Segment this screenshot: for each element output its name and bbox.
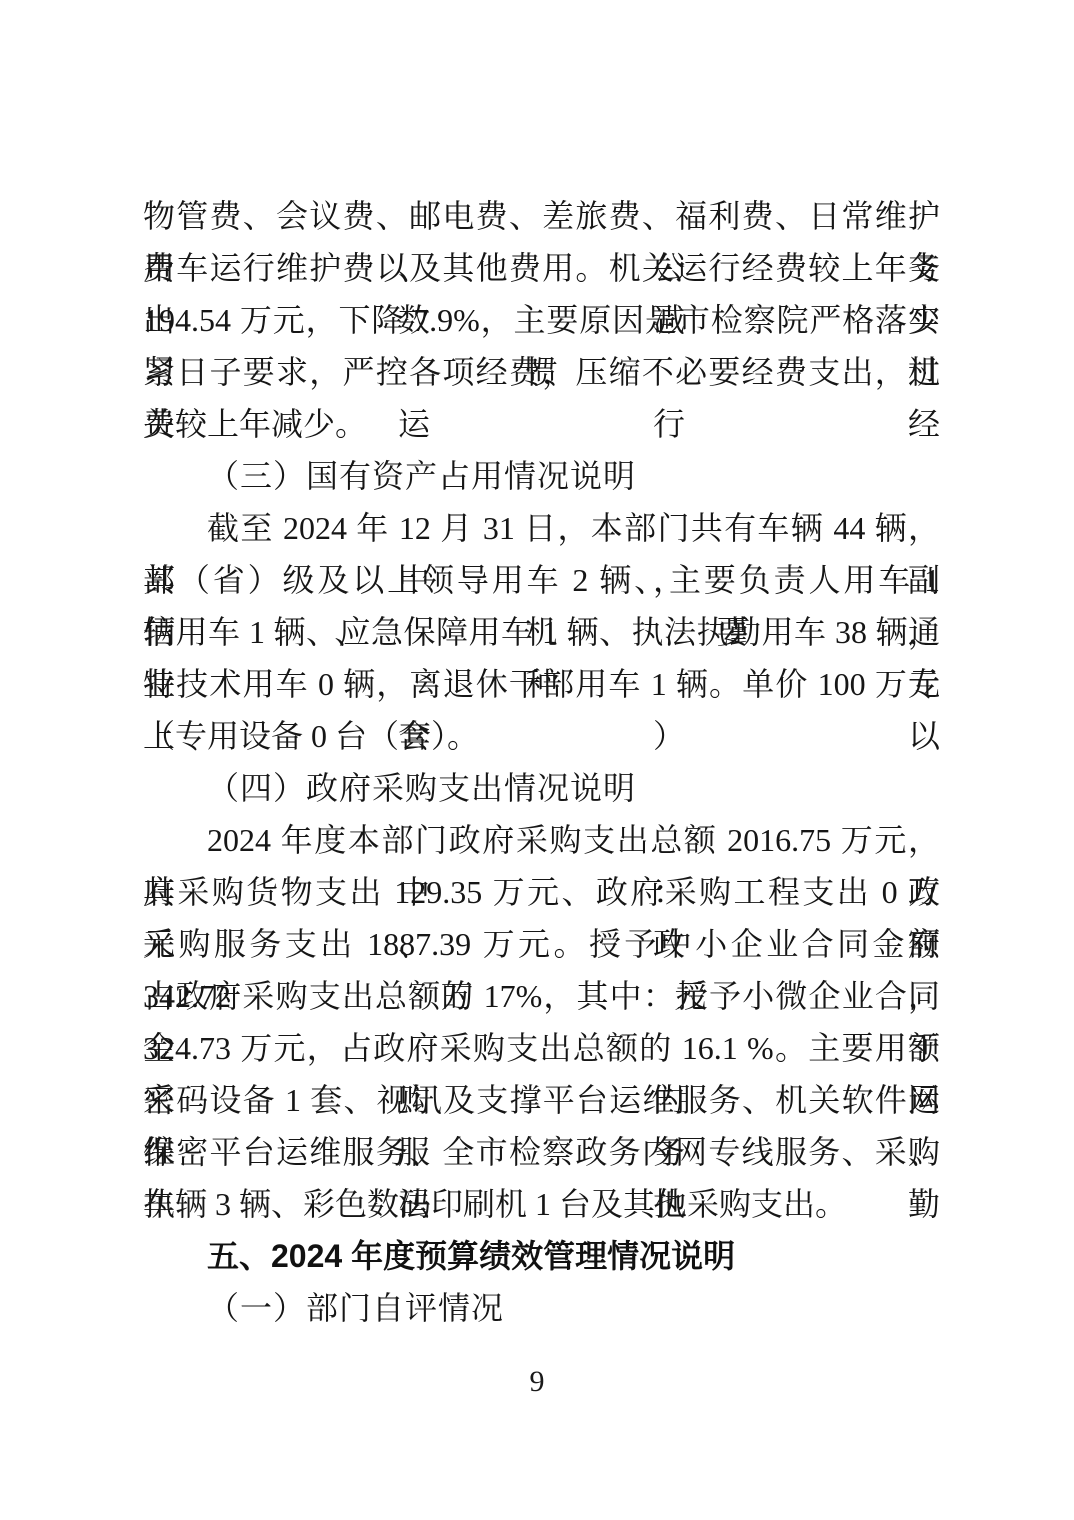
heading-gov-procurement: （四）政府采购支出情况说明 [143,762,940,814]
paragraph-gov-procurement-line: 车辆 3 辆、彩色数码印刷机 1 台及其他采购支出。 [143,1178,940,1230]
paragraph-operating-expenses: 物管费、会议费、邮电费、差旅费、福利费、日常维护费、公务用车运行维护费以及其他费… [143,190,940,450]
paragraph-gov-procurement-line: 324.73 万元，占政府采购支出总额的 16.1 %。主要用于采购内网 [143,1022,940,1074]
paragraph-gov-procurement-line: 占政府采购支出总额的 17%，其中：授予小微企业合同金额 [143,970,940,1022]
heading-state-assets-line: （三）国有资产占用情况说明 [143,450,940,502]
heading-department-self-evaluation: （一）部门自评情况 [143,1282,940,1334]
heading-gov-procurement-line: （四）政府采购支出情况说明 [143,762,940,814]
paragraph-state-assets-line: 信用车 1 辆、应急保障用车 1 辆、执法执勤用车 38 辆，特种专 [143,606,940,658]
paragraph-gov-procurement-line: 2024 年度本部门政府采购支出总额 2016.75 万元，其中：政 [143,814,940,866]
paragraph-operating-expenses-line: 物管费、会议费、邮电费、差旅费、福利费、日常维护费、公务 [143,190,940,242]
paragraph-state-assets-line: 业技术用车 0 辆，离退休干部用车 1 辆。单价 100 万元（含）以 [143,658,940,710]
paragraph-operating-expenses-line: 194.54 万元，下降 7.9%，主要原因是市检察院严格落实习惯过 [143,294,940,346]
paragraph-gov-procurement-line: 府采购货物支出 129.35 万元、政府采购工程支出 0 万元、政府 [143,866,940,918]
paragraph-gov-procurement-line: 密码设备 1 套、视讯及支撑平台运维服务、机关软件运维服务、 [143,1074,940,1126]
paragraph-operating-expenses-line: 紧日子要求，严控各项经费，压缩不必要经费支出，机关运行经 [143,346,940,398]
paragraph-gov-procurement-line: 采购服务支出 1887.39 万元。授予中小企业合同金额 342.72 万元， [143,918,940,970]
document-body: 物管费、会议费、邮电费、差旅费、福利费、日常维护费、公务用车运行维护费以及其他费… [143,190,940,1334]
paragraph-state-assets: 截至 2024 年 12 月 31 日，本部门共有车辆 44 辆，其中，副部（省… [143,502,940,762]
page-number: 9 [0,1362,1074,1402]
paragraph-gov-procurement: 2024 年度本部门政府采购支出总额 2016.75 万元，其中：政府采购货物支… [143,814,940,1230]
heading-department-self-evaluation-line: （一）部门自评情况 [143,1282,940,1334]
document-page: 物管费、会议费、邮电费、差旅费、福利费、日常维护费、公务用车运行维护费以及其他费… [0,0,1074,1520]
heading-performance-management-line: 五、2024 年度预算绩效管理情况说明 [143,1230,940,1282]
paragraph-state-assets-line: 部（省）级及以上领导用车 2 辆、主要负责人用车 1 辆、机要通 [143,554,940,606]
paragraph-state-assets-line: 截至 2024 年 12 月 31 日，本部门共有车辆 44 辆，其中，副 [143,502,940,554]
paragraph-gov-procurement-line: 保密平台运维服务、全市检察政务内网专线服务、采购执法执勤 [143,1126,940,1178]
heading-state-assets: （三）国有资产占用情况说明 [143,450,940,502]
heading-performance-management: 五、2024 年度预算绩效管理情况说明 [143,1230,940,1282]
paragraph-operating-expenses-line: 用车运行维护费以及其他费用。机关运行经费较上年支出数减少 [143,242,940,294]
